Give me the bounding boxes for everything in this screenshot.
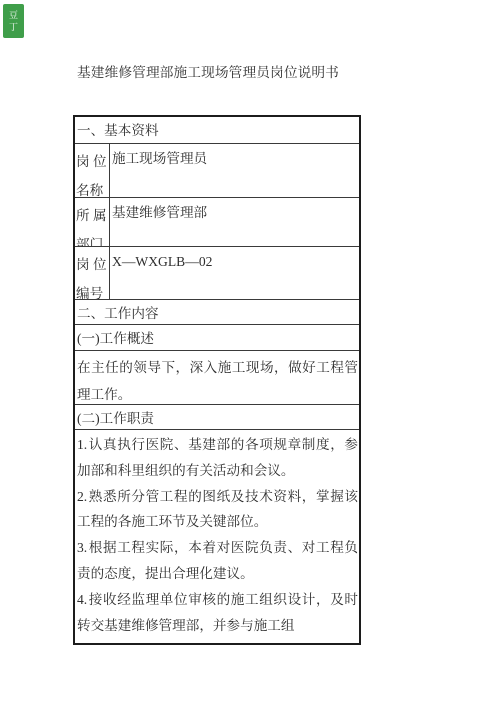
duty-item-2: 2. 熟悉所分管工程的图纸及技术资料，掌握该工程的各施工环节及关键部位。 — [77, 484, 358, 536]
duty-item-4: 4. 接收经监理单位审核的施工组织设计，及时转交基建维修管理部，并参与施工组 — [77, 587, 358, 635]
job-description-table: 一、基本资料 岗 位名称 施工现场管理员 所 属部门 基建维修管理部 岗 位编号… — [73, 115, 361, 645]
watermark-badge-glyph-2: 丁 — [9, 22, 18, 32]
document-title: 基建维修管理部施工现场管理员岗位说明书 — [77, 61, 339, 81]
field-label-position-name: 岗 位名称 — [75, 144, 110, 197]
section-header-work-content: 二、工作内容 — [75, 300, 359, 325]
table-row-position-code: 岗 位编号 X—WXGLB—02 — [75, 247, 359, 300]
duty-item-1: 1. 认真执行医院、基建部的各项规章制度，参加部和科里组织的有关活动和会议。 — [77, 432, 358, 484]
table-row-duties: 1. 认真执行医院、基建部的各项规章制度，参加部和科里组织的有关活动和会议。 2… — [75, 430, 359, 635]
table-row-position-name: 岗 位名称 施工现场管理员 — [75, 144, 359, 198]
watermark-badge-glyph-1: 豆 — [9, 10, 18, 20]
watermark-badge: 豆 丁 — [3, 4, 24, 38]
subsection-header-duties: (二)工作职责 — [75, 405, 359, 430]
subsection-header-work-overview: (一)工作概述 — [75, 325, 359, 351]
field-label-position-code: 岗 位编号 — [75, 247, 110, 299]
table-row-department: 所 属部门 基建维修管理部 — [75, 198, 359, 247]
field-label-department: 所 属部门 — [75, 198, 110, 246]
table-row-work-overview: 在主任的领导下，深入施工现场，做好工程管理工作。 — [75, 351, 359, 405]
duty-item-3: 3. 根据工程实际，本着对医院负责、对工程负责的态度，提出合理化建议。 — [77, 535, 358, 587]
work-overview-text: 在主任的领导下，深入施工现场，做好工程管理工作。 — [75, 351, 359, 405]
field-value-department: 基建维修管理部 — [110, 198, 359, 246]
field-value-position-name: 施工现场管理员 — [110, 144, 359, 197]
field-value-position-code: X—WXGLB—02 — [110, 247, 359, 299]
section-header-basic-info: 一、基本资料 — [75, 117, 359, 144]
